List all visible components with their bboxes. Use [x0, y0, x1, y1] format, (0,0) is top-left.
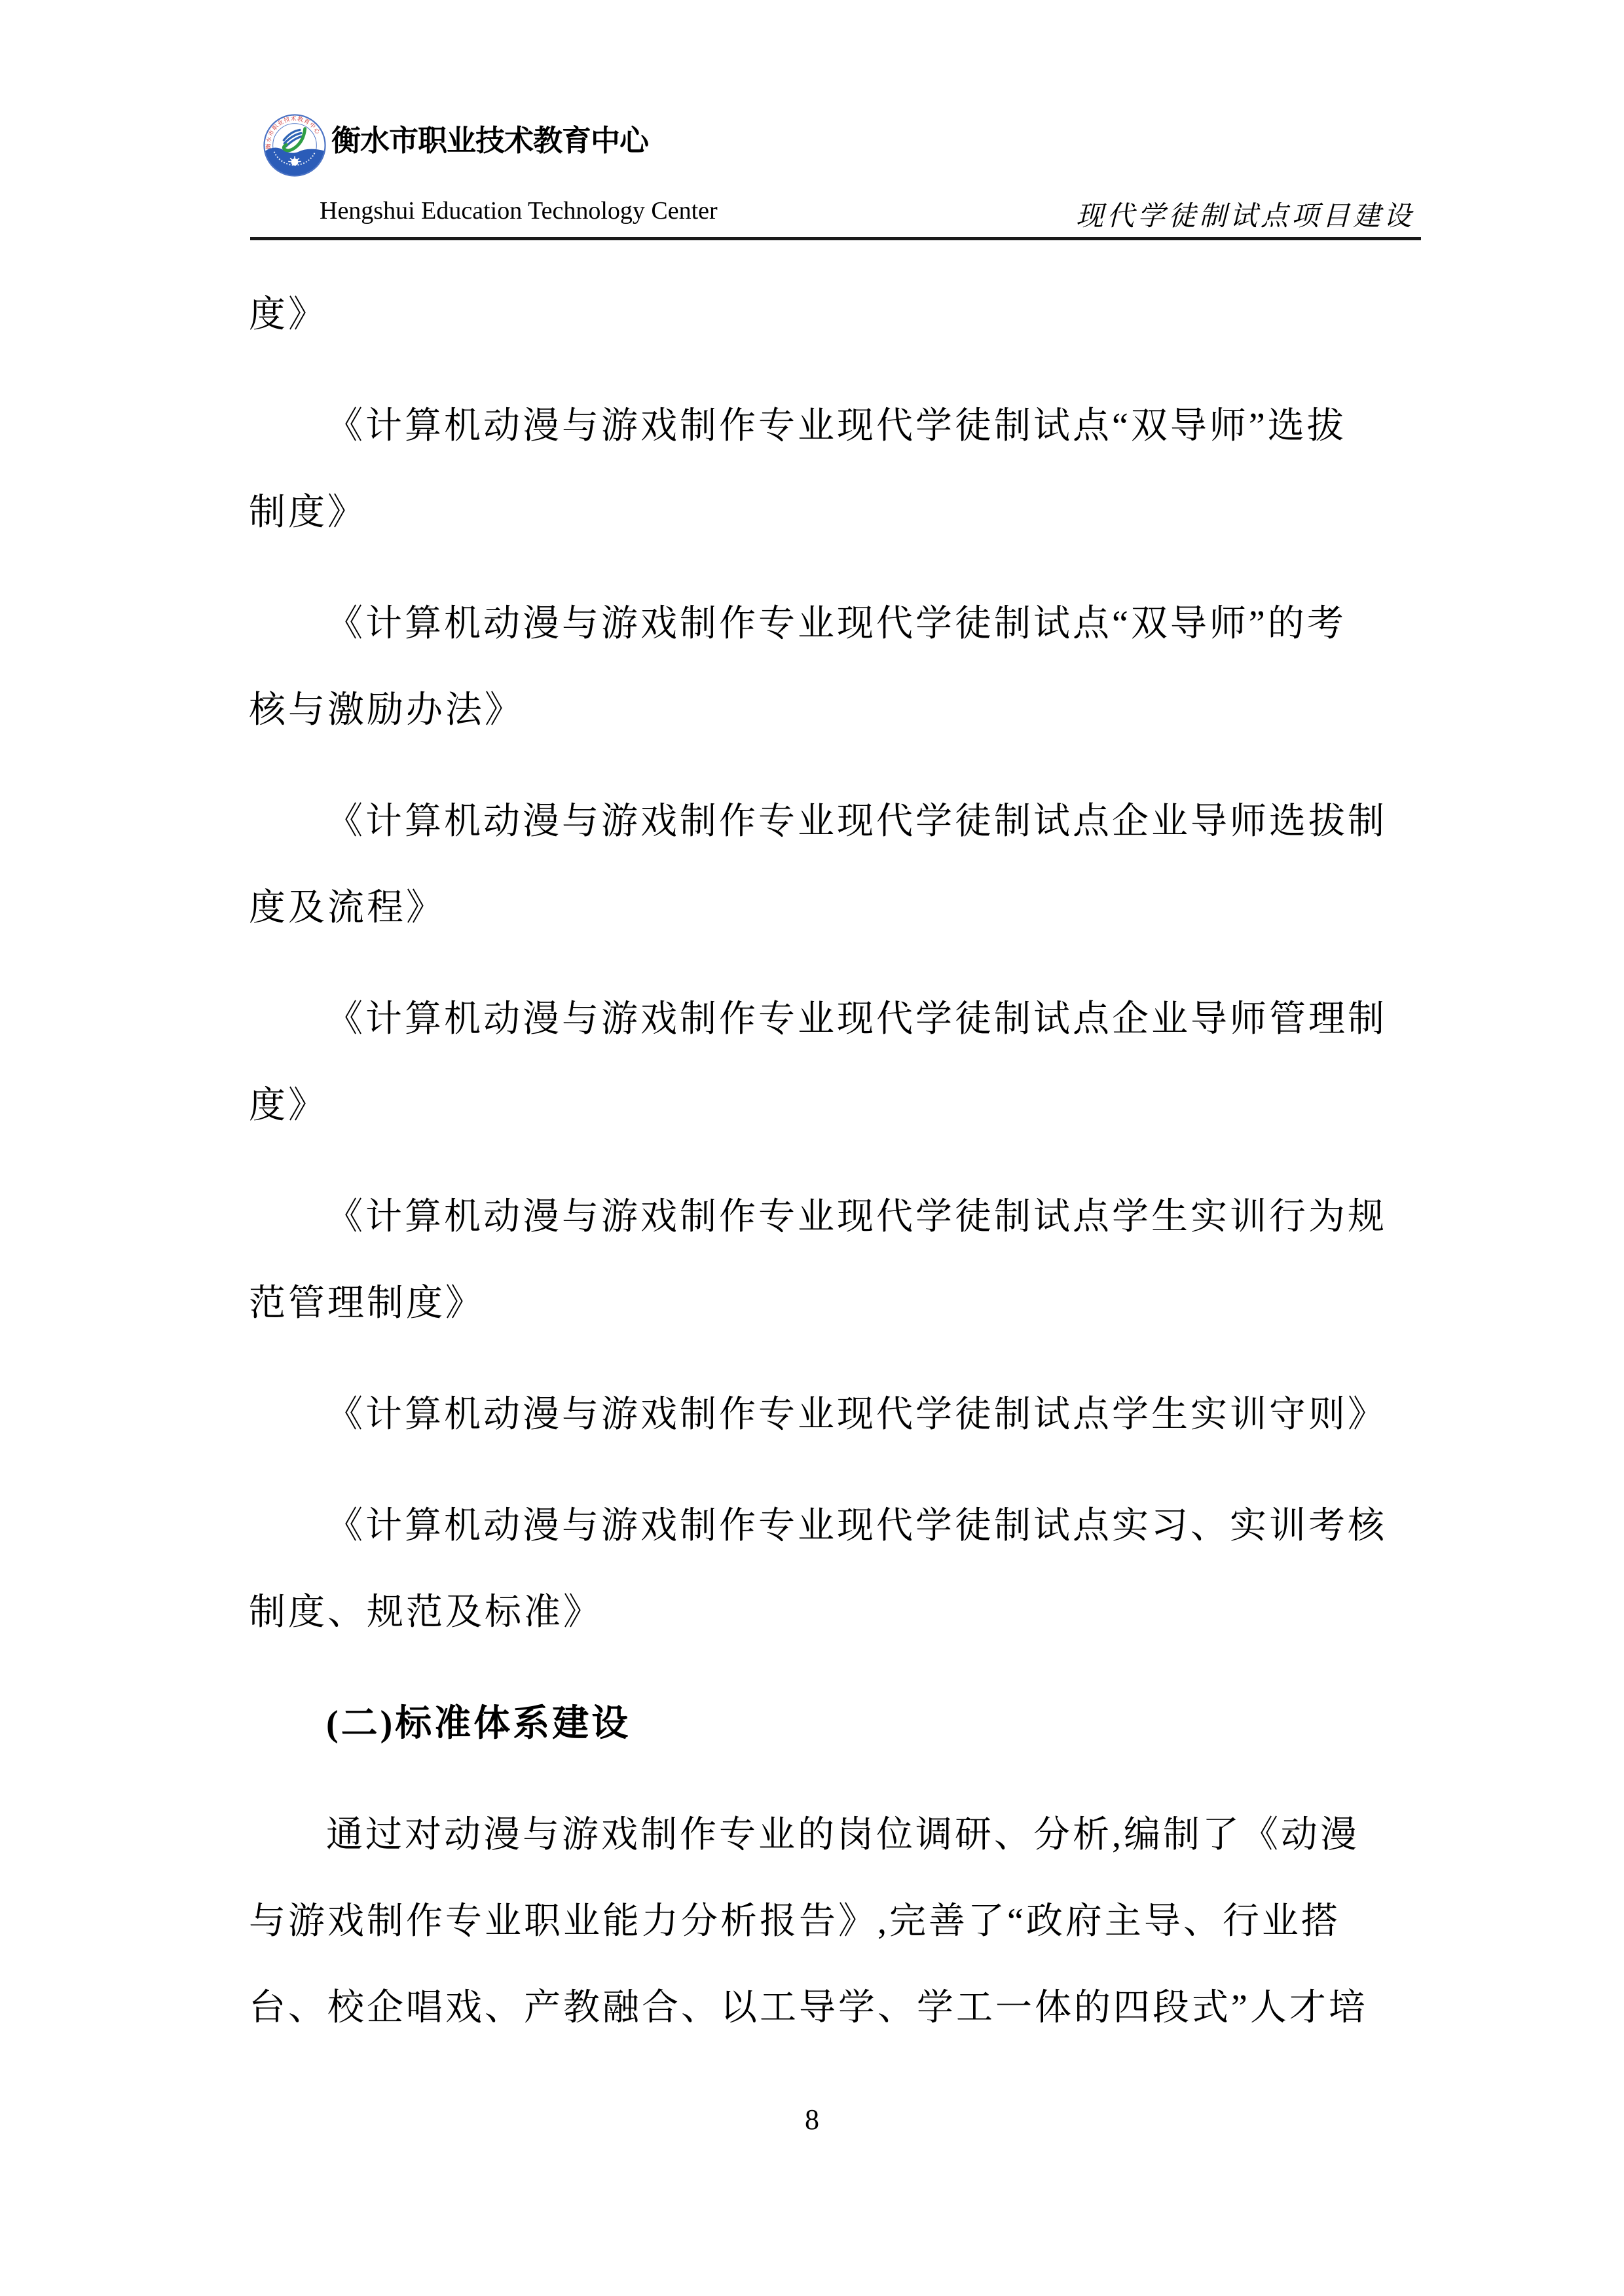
paragraph-line: 台、校企唱戏、产教融合、以工导学、学工一体的四段式”人才培	[249, 1965, 1385, 2051]
paragraph-line: 制度》	[249, 469, 1385, 556]
paragraph: 《计算机动漫与游戏制作专业现代学徒制试点学生实训行为规范管理制度》	[249, 1174, 1385, 1347]
paragraph-line: 核与激励办法》	[249, 667, 1385, 754]
paragraph-line: 《计算机动漫与游戏制作专业现代学徒制试点企业导师选拔制	[249, 778, 1385, 865]
project-title: 现代学徒制试点项目建设	[1076, 194, 1414, 234]
paragraph-line: 与游戏制作专业职业能力分析报告》,完善了“政府主导、行业搭	[249, 1878, 1385, 1965]
paragraph: 《计算机动漫与游戏制作专业现代学徒制试点学生实训守则》	[249, 1372, 1385, 1458]
body-text: 度》《计算机动漫与游戏制作专业现代学徒制试点“双导师”选拔制度》《计算机动漫与游…	[249, 272, 1385, 2076]
paragraph-line: 《计算机动漫与游戏制作专业现代学徒制试点学生实训守则》	[249, 1372, 1385, 1458]
document-page: 衡水市职业技术教育中心	[0, 0, 1624, 2296]
paragraph-line: 度》	[249, 1063, 1385, 1149]
paragraph-line: 《计算机动漫与游戏制作专业现代学徒制试点“双导师”选拔	[249, 383, 1385, 469]
paragraph-line: 《计算机动漫与游戏制作专业现代学徒制试点“双导师”的考	[249, 581, 1385, 667]
school-logo: 衡水市职业技术教育中心	[262, 113, 327, 177]
paragraph: 《计算机动漫与游戏制作专业现代学徒制试点实习、实训考核制度、规范及标准》	[249, 1483, 1385, 1656]
paragraph-line: 通过对动漫与游戏制作专业的岗位调研、分析,编制了《动漫	[249, 1792, 1385, 1878]
paragraph: 《计算机动漫与游戏制作专业现代学徒制试点“双导师”的考核与激励办法》	[249, 581, 1385, 754]
paragraph-line: 制度、规范及标准》	[249, 1569, 1385, 1656]
page-number: 8	[0, 2103, 1624, 2136]
paragraph-line: 《计算机动漫与游戏制作专业现代学徒制试点实习、实训考核	[249, 1483, 1385, 1569]
section-heading: (二)标准体系建设	[249, 1681, 1385, 1767]
paragraph: 《计算机动漫与游戏制作专业现代学徒制试点“双导师”选拔制度》	[249, 383, 1385, 556]
header-rule	[250, 237, 1421, 240]
paragraph-line: 《计算机动漫与游戏制作专业现代学徒制试点企业导师管理制	[249, 976, 1385, 1063]
paragraph-line: 度及流程》	[249, 865, 1385, 951]
org-name-chinese: 衡水市职业技术教育中心	[331, 117, 648, 159]
section-heading-block: (二)标准体系建设	[249, 1681, 1385, 1767]
paragraph: 《计算机动漫与游戏制作专业现代学徒制试点企业导师选拔制度及流程》	[249, 778, 1385, 951]
paragraph: 通过对动漫与游戏制作专业的岗位调研、分析,编制了《动漫与游戏制作专业职业能力分析…	[249, 1792, 1385, 2051]
paragraph-line: 度》	[249, 272, 1385, 358]
paragraph: 《计算机动漫与游戏制作专业现代学徒制试点企业导师管理制度》	[249, 976, 1385, 1149]
paragraph-line: 范管理制度》	[249, 1260, 1385, 1347]
paragraph: 度》	[249, 272, 1385, 358]
paragraph-line: 《计算机动漫与游戏制作专业现代学徒制试点学生实训行为规	[249, 1174, 1385, 1260]
org-name-english: Hengshui Education Technology Center	[320, 196, 718, 225]
